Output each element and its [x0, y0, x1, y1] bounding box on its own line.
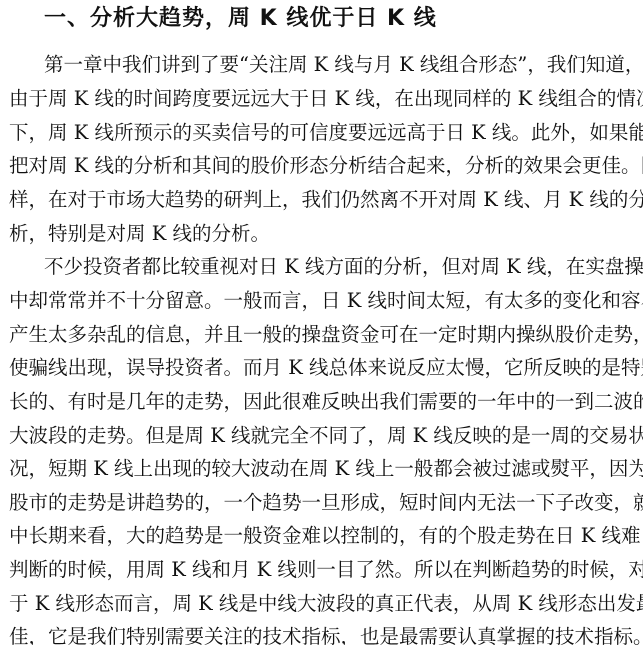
text-line: 不少投资者都比较重视对日 K 线方面的分析，但对周 K 线，在实盘操作 [44, 254, 634, 280]
text-line: 第一章中我们讲到了要“关注周 K 线与月 K 线组合形态”，我们知道， [44, 52, 634, 78]
text-line: 况，短期 K 线上出现的较大波动在周 K 线上一般都会被过滤或熨平，因为 [9, 456, 634, 482]
text-line: 中长期来看，大的趋势是一般资金难以控制的，有的个股走势在日 K 线难以 [9, 523, 634, 549]
document-page: 一、分析大趋势，周 K 线优于日 K 线 第一章中我们讲到了要“关注周 K 线与… [0, 0, 643, 645]
text-line: 判断的时候，用周 K 线和月 K 线则一目了然。所以在判断趋势的时候，对 [9, 557, 634, 583]
text-line: 长的、有时是几年的走势，因此很难反映出我们需要的一年中的一到二波的 [9, 389, 634, 415]
text-line: 下，周 K 线所预示的买卖信号的可信度要远远高于日 K 线。此外，如果能 [9, 120, 634, 146]
text-line: 股市的走势是讲趋势的，一个趋势一旦形成，短时间内无法一下子改变，就 [9, 490, 634, 516]
text-line: 使骗线出现，误导投资者。而月 K 线总体来说反应太慢，它所反映的是特别 [9, 355, 634, 381]
text-line: 大波段的走势。但是周 K 线就完全不同了，周 K 线反映的是一周的交易状 [9, 423, 634, 449]
text-line: 产生太多杂乱的信息，并且一般的操盘资金可在一定时期内操纵股价走势， [9, 322, 634, 348]
text-line: 由于周 K 线的时间跨度要远远大于日 K 线，在出现同样的 K 线组合的情况 [9, 86, 634, 112]
text-line: 把对周 K 线的分析和其间的股价形态分析结合起来，分析的效果会更佳。同 [9, 153, 634, 179]
text-line: 样，在对于市场大趋势的研判上，我们仍然离不开对周 K 线、月 K 线的分 [9, 187, 634, 213]
text-line: 佳，它是我们特别需要关注的技术指标，也是最需要认真掌握的技术指标。 [9, 624, 634, 645]
text-line: 析，特别是对周 K 线的分析。 [9, 221, 634, 247]
text-line: 于 K 线形态而言，周 K 线是中线大波段的真正代表，从周 K 线形态出发最 [9, 591, 634, 617]
section-title: 一、分析大趋势，周 K 线优于日 K 线 [44, 4, 437, 34]
text-line: 中却常常并不十分留意。一般而言，日 K 线时间太短，有太多的变化和容易 [9, 288, 634, 314]
